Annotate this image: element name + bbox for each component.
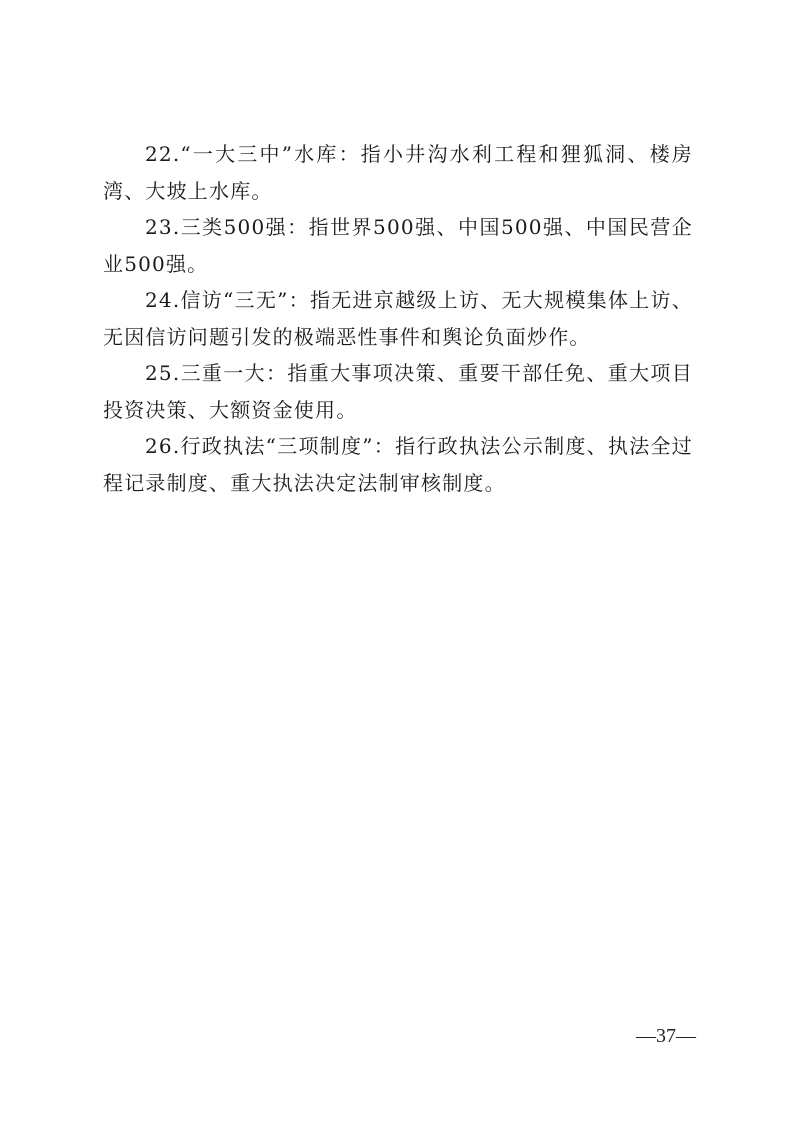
glossary-item-26: 26.行政执法“三项制度”：指行政执法公示制度、执法全过程记录制度、重大执法决定… [103, 428, 693, 501]
item-text: 三重一大：指重大事项决策、重要干部任免、重大项目投资决策、大额资金使用。 [103, 361, 693, 422]
item-text: 三类500强：指世界500强、中国500强、中国民营企业500强。 [103, 215, 693, 276]
page-number: —37— [636, 1025, 696, 1048]
item-text: “一大三中”水库：指小井沟水利工程和狸狐洞、楼房湾、大坡上水库。 [103, 142, 693, 203]
glossary-item-23: 23.三类500强：指世界500强、中国500强、中国民营企业500强。 [103, 209, 693, 282]
glossary-item-24: 24.信访“三无”：指无进京越级上访、无大规模集体上访、无因信访问题引发的极端恶… [103, 282, 693, 355]
item-number: 23. [145, 215, 180, 239]
item-text: 信访“三无”：指无进京越级上访、无大规模集体上访、无因信访问题引发的极端恶性事件… [103, 288, 693, 349]
item-number: 24. [145, 288, 180, 312]
item-text: 行政执法“三项制度”：指行政执法公示制度、执法全过程记录制度、重大执法决定法制审… [103, 434, 693, 495]
item-number: 26. [145, 434, 180, 458]
item-number: 25. [145, 361, 180, 385]
glossary-item-25: 25.三重一大：指重大事项决策、重要干部任免、重大项目投资决策、大额资金使用。 [103, 355, 693, 428]
item-number: 22. [145, 142, 180, 166]
document-body: 22.“一大三中”水库：指小井沟水利工程和狸狐洞、楼房湾、大坡上水库。 23.三… [103, 136, 693, 501]
glossary-item-22: 22.“一大三中”水库：指小井沟水利工程和狸狐洞、楼房湾、大坡上水库。 [103, 136, 693, 209]
